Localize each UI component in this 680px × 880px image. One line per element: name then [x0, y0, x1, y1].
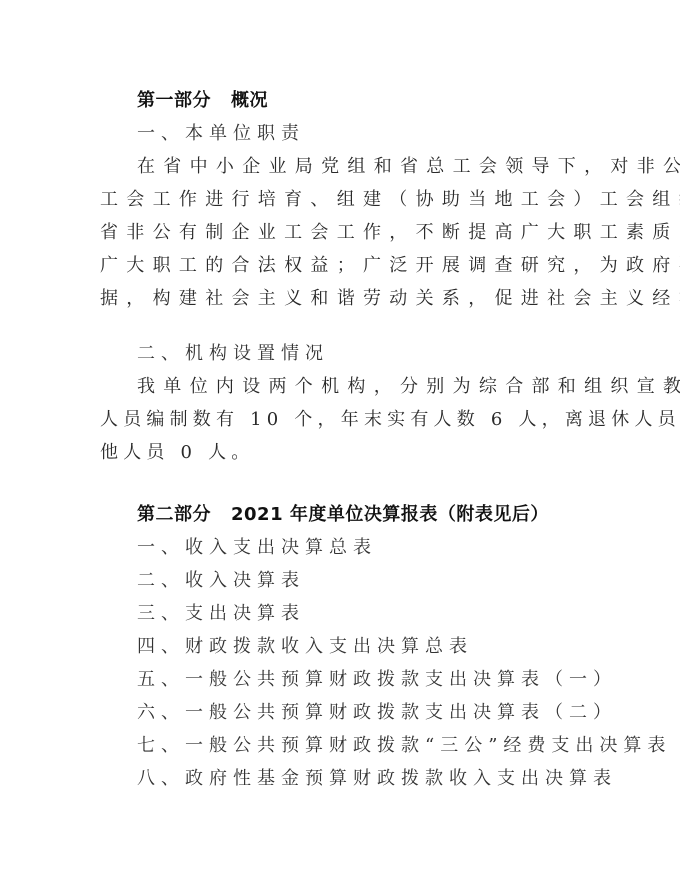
- section1-line-5: 据，构建社会主义和谐劳动关系，促进社会主义经济建设。: [100, 288, 680, 310]
- report-item-3: 三、支出决算表: [137, 603, 305, 625]
- report-item-7: 七、一般公共预算财政拨款“三公”经费支出决算表: [137, 735, 671, 757]
- part1-heading: 第一部分概况: [137, 90, 268, 112]
- section1-line-2: 工会工作进行培育、组建（协助当地工会）工会组织；指导全: [100, 189, 680, 211]
- section2-line-2: 人员编制数有 10 个，年末实有人数 6 人，离退休人员 3 人，其: [100, 409, 680, 431]
- section2-line-3: 他人员 0 人。: [100, 442, 255, 464]
- report-item-4: 四、财政拨款收入支出决算总表: [137, 636, 473, 658]
- section1-title: 一、本单位职责: [137, 123, 305, 145]
- report-item-5: 五、一般公共预算财政拨款支出决算表（一）: [137, 669, 617, 691]
- report-item-8: 八、政府性基金预算财政拨款收入支出决算表: [137, 768, 617, 790]
- section1-line-4: 广大职工的合法权益；广泛开展调查研究，为政府决策提供依: [100, 255, 680, 277]
- part1-heading-label: 第一部分: [137, 90, 211, 111]
- report-item-6: 六、一般公共预算财政拨款支出决算表（二）: [137, 702, 617, 724]
- part2-heading: 第二部分2021 年度单位决算报表（附表见后）: [137, 504, 549, 526]
- part2-heading-label: 第二部分: [137, 504, 211, 525]
- section1-line-1: 在省中小企业局党组和省总工会领导下，对非公有制企业: [137, 156, 680, 178]
- section2-title: 二、机构设置情况: [137, 343, 329, 365]
- section2-line-1: 我单位内设两个机构，分别为综合部和组织宣教部，在职: [137, 376, 680, 398]
- part1-heading-title: 概况: [231, 90, 268, 111]
- report-item-2: 二、收入决算表: [137, 570, 305, 592]
- section1-line-3: 省非公有制企业工会工作，不断提高广大职工素质，依法维护: [100, 222, 680, 244]
- report-item-1: 一、收入支出决算总表: [137, 537, 377, 559]
- part2-heading-title: 2021 年度单位决算报表（附表见后）: [231, 504, 549, 525]
